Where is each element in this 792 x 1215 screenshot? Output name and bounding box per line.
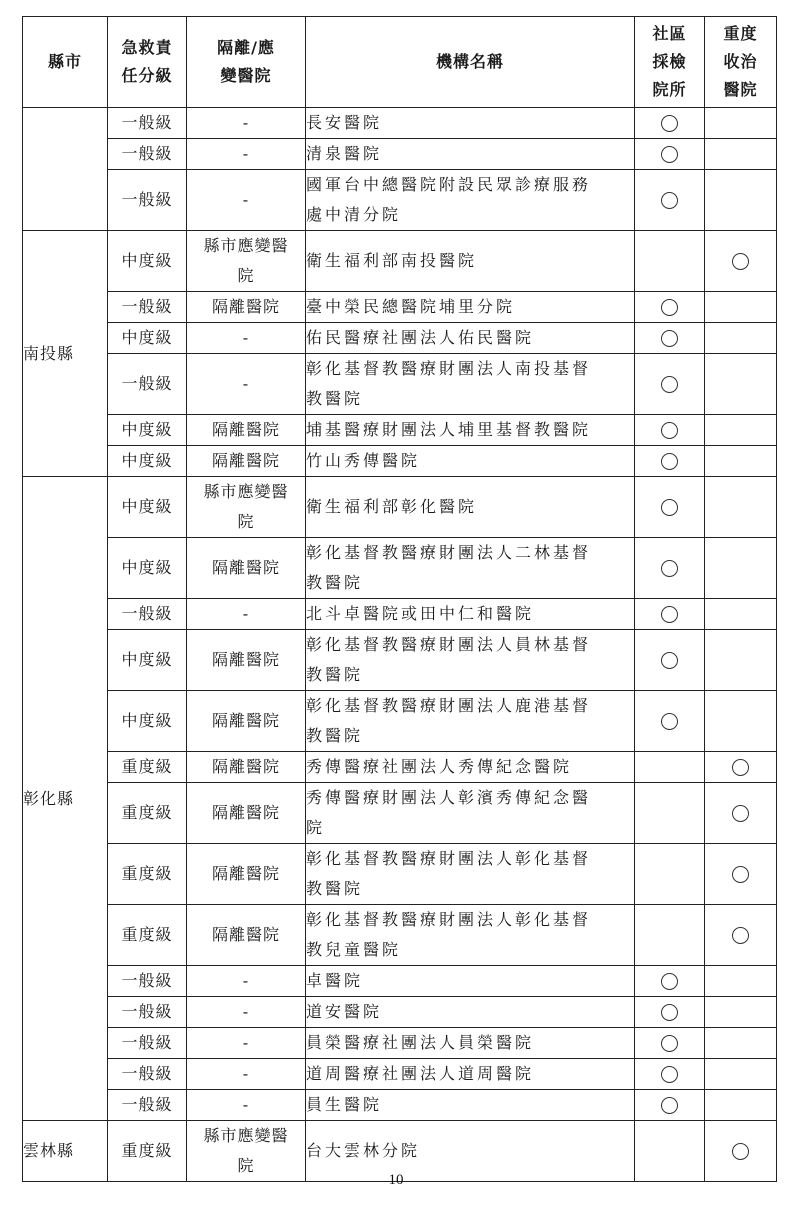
table-row: 中度級隔離醫院埔基醫療財團法人埔里基督教醫院 xyxy=(23,415,777,446)
header-severe: 重度收治醫院 xyxy=(705,17,777,108)
cell-community xyxy=(635,599,705,630)
cell-isolation: - xyxy=(187,1059,306,1090)
cell-severe xyxy=(705,783,777,844)
table-row: 一般級-道安醫院 xyxy=(23,997,777,1028)
cell-isolation: - xyxy=(187,966,306,997)
page-number: 10 xyxy=(0,1172,792,1189)
cell-level: 中度級 xyxy=(108,415,187,446)
cell-community xyxy=(635,905,705,966)
cell-severe xyxy=(705,477,777,538)
cell-isolation: 縣市應變醫院 xyxy=(187,231,306,292)
cell-community xyxy=(635,783,705,844)
circle-mark-icon xyxy=(732,759,749,776)
circle-mark-icon xyxy=(661,146,678,163)
table-row: 一般級-北斗卓醫院或田中仁和醫院 xyxy=(23,599,777,630)
circle-mark-icon xyxy=(732,866,749,883)
cell-community xyxy=(635,844,705,905)
table-row: 中度級隔離醫院彰化基督教醫療財團法人二林基督教醫院 xyxy=(23,538,777,599)
cell-community xyxy=(635,1090,705,1121)
cell-isolation: 隔離醫院 xyxy=(187,783,306,844)
cell-isolation: - xyxy=(187,354,306,415)
cell-level: 一般級 xyxy=(108,354,187,415)
table-row: 一般級-卓醫院 xyxy=(23,966,777,997)
cell-name: 衛生福利部南投醫院 xyxy=(306,231,635,292)
cell-isolation: - xyxy=(187,139,306,170)
circle-mark-icon xyxy=(661,560,678,577)
cell-level: 重度級 xyxy=(108,844,187,905)
table-row: 重度級隔離醫院秀傳醫療財團法人彰濱秀傳紀念醫院 xyxy=(23,783,777,844)
table-row: 重度級隔離醫院彰化基督教醫療財團法人彰化基督教醫院 xyxy=(23,844,777,905)
cell-name: 埔基醫療財團法人埔里基督教醫院 xyxy=(306,415,635,446)
cell-isolation: - xyxy=(187,323,306,354)
circle-mark-icon xyxy=(661,499,678,516)
cell-name: 彰化基督教醫療財團法人二林基督教醫院 xyxy=(306,538,635,599)
cell-isolation: 隔離醫院 xyxy=(187,538,306,599)
circle-mark-icon xyxy=(661,1097,678,1114)
circle-mark-icon xyxy=(661,115,678,132)
cell-name: 卓醫院 xyxy=(306,966,635,997)
cell-name: 竹山秀傳醫院 xyxy=(306,446,635,477)
cell-severe xyxy=(705,231,777,292)
circle-mark-icon xyxy=(661,1004,678,1021)
circle-mark-icon xyxy=(661,652,678,669)
header-name: 機構名稱 xyxy=(306,17,635,108)
table-row: 一般級隔離醫院臺中榮民總醫院埔里分院 xyxy=(23,292,777,323)
circle-mark-icon xyxy=(661,330,678,347)
cell-level: 中度級 xyxy=(108,231,187,292)
table-row: 彰化縣中度級縣市應變醫院衛生福利部彰化醫院 xyxy=(23,477,777,538)
cell-severe xyxy=(705,292,777,323)
table-row: 中度級-佑民醫療社團法人佑民醫院 xyxy=(23,323,777,354)
cell-name: 員生醫院 xyxy=(306,1090,635,1121)
header-community: 社區採檢院所 xyxy=(635,17,705,108)
cell-community xyxy=(635,108,705,139)
cell-level: 一般級 xyxy=(108,997,187,1028)
table-row: 一般級-清泉醫院 xyxy=(23,139,777,170)
cell-isolation: - xyxy=(187,599,306,630)
cell-level: 重度級 xyxy=(108,783,187,844)
cell-level: 一般級 xyxy=(108,1059,187,1090)
cell-severe xyxy=(705,139,777,170)
cell-level: 一般級 xyxy=(108,1028,187,1059)
cell-severe xyxy=(705,1059,777,1090)
cell-name: 彰化基督教醫療財團法人彰化基督教醫院 xyxy=(306,844,635,905)
cell-level: 中度級 xyxy=(108,323,187,354)
cell-community xyxy=(635,630,705,691)
cell-level: 一般級 xyxy=(108,1090,187,1121)
cell-severe xyxy=(705,1028,777,1059)
cell-level: 一般級 xyxy=(108,966,187,997)
cell-isolation: 隔離醫院 xyxy=(187,292,306,323)
table-body: 一般級-長安醫院一般級-清泉醫院一般級-國軍台中總醫院附設民眾診療服務處中清分院… xyxy=(23,108,777,1182)
cell-community xyxy=(635,231,705,292)
table-row: 一般級-長安醫院 xyxy=(23,108,777,139)
header-county: 縣市 xyxy=(23,17,108,108)
cell-level: 中度級 xyxy=(108,477,187,538)
cell-isolation: - xyxy=(187,1090,306,1121)
cell-community xyxy=(635,1059,705,1090)
circle-mark-icon xyxy=(661,713,678,730)
cell-level: 中度級 xyxy=(108,446,187,477)
cell-isolation: - xyxy=(187,108,306,139)
circle-mark-icon xyxy=(661,453,678,470)
table-row: 重度級隔離醫院彰化基督教醫療財團法人彰化基督教兒童醫院 xyxy=(23,905,777,966)
cell-community xyxy=(635,1028,705,1059)
cell-name: 彰化基督教醫療財團法人彰化基督教兒童醫院 xyxy=(306,905,635,966)
circle-mark-icon xyxy=(661,376,678,393)
cell-severe xyxy=(705,966,777,997)
cell-name: 長安醫院 xyxy=(306,108,635,139)
cell-name: 秀傳醫療社團法人秀傳紀念醫院 xyxy=(306,752,635,783)
circle-mark-icon xyxy=(661,1035,678,1052)
circle-mark-icon xyxy=(661,606,678,623)
cell-isolation: 隔離醫院 xyxy=(187,446,306,477)
cell-community xyxy=(635,997,705,1028)
header-isolation: 隔離/應變醫院 xyxy=(187,17,306,108)
circle-mark-icon xyxy=(661,1066,678,1083)
cell-community xyxy=(635,415,705,446)
table-row: 一般級-員榮醫療社團法人員榮醫院 xyxy=(23,1028,777,1059)
cell-isolation: 隔離醫院 xyxy=(187,415,306,446)
cell-name: 秀傳醫療財團法人彰濱秀傳紀念醫院 xyxy=(306,783,635,844)
table-row: 中度級隔離醫院彰化基督教醫療財團法人鹿港基督教醫院 xyxy=(23,691,777,752)
cell-severe xyxy=(705,599,777,630)
cell-community xyxy=(635,752,705,783)
cell-isolation: 隔離醫院 xyxy=(187,691,306,752)
circle-mark-icon xyxy=(661,973,678,990)
cell-isolation: - xyxy=(187,997,306,1028)
cell-isolation: - xyxy=(187,170,306,231)
table-row: 一般級-員生醫院 xyxy=(23,1090,777,1121)
cell-severe xyxy=(705,354,777,415)
cell-severe xyxy=(705,1090,777,1121)
cell-name: 衛生福利部彰化醫院 xyxy=(306,477,635,538)
cell-severe xyxy=(705,108,777,139)
header-level: 急救責任分級 xyxy=(108,17,187,108)
cell-community xyxy=(635,966,705,997)
cell-severe xyxy=(705,446,777,477)
cell-name: 國軍台中總醫院附設民眾診療服務處中清分院 xyxy=(306,170,635,231)
circle-mark-icon xyxy=(661,299,678,316)
cell-severe xyxy=(705,997,777,1028)
cell-isolation: 隔離醫院 xyxy=(187,752,306,783)
cell-severe xyxy=(705,691,777,752)
table-row: 重度級隔離醫院秀傳醫療社團法人秀傳紀念醫院 xyxy=(23,752,777,783)
cell-name: 道周醫療社團法人道周醫院 xyxy=(306,1059,635,1090)
cell-level: 一般級 xyxy=(108,599,187,630)
circle-mark-icon xyxy=(661,422,678,439)
cell-county: 彰化縣 xyxy=(23,477,108,1121)
cell-level: 重度級 xyxy=(108,752,187,783)
cell-county xyxy=(23,108,108,231)
circle-mark-icon xyxy=(732,805,749,822)
cell-level: 中度級 xyxy=(108,691,187,752)
cell-community xyxy=(635,354,705,415)
cell-community xyxy=(635,139,705,170)
table-row: 一般級-道周醫療社團法人道周醫院 xyxy=(23,1059,777,1090)
cell-name: 員榮醫療社團法人員榮醫院 xyxy=(306,1028,635,1059)
circle-mark-icon xyxy=(732,253,749,270)
cell-severe xyxy=(705,323,777,354)
cell-community xyxy=(635,446,705,477)
cell-isolation: 隔離醫院 xyxy=(187,630,306,691)
table-row: 一般級-國軍台中總醫院附設民眾診療服務處中清分院 xyxy=(23,170,777,231)
cell-community xyxy=(635,691,705,752)
cell-level: 中度級 xyxy=(108,538,187,599)
cell-severe xyxy=(705,538,777,599)
cell-name: 道安醫院 xyxy=(306,997,635,1028)
cell-level: 一般級 xyxy=(108,170,187,231)
hospital-table: 縣市 急救責任分級 隔離/應變醫院 機構名稱 社區採檢院所 重度收治醫院 一般級… xyxy=(22,16,777,1182)
cell-level: 中度級 xyxy=(108,630,187,691)
header-row: 縣市 急救責任分級 隔離/應變醫院 機構名稱 社區採檢院所 重度收治醫院 xyxy=(23,17,777,108)
cell-name: 彰化基督教醫療財團法人南投基督教醫院 xyxy=(306,354,635,415)
cell-level: 一般級 xyxy=(108,292,187,323)
cell-severe xyxy=(705,905,777,966)
cell-community xyxy=(635,477,705,538)
cell-isolation: 隔離醫院 xyxy=(187,905,306,966)
circle-mark-icon xyxy=(661,192,678,209)
table-row: 中度級隔離醫院竹山秀傳醫院 xyxy=(23,446,777,477)
table-row: 中度級隔離醫院彰化基督教醫療財團法人員林基督教醫院 xyxy=(23,630,777,691)
cell-community xyxy=(635,292,705,323)
cell-name: 彰化基督教醫療財團法人鹿港基督教醫院 xyxy=(306,691,635,752)
cell-level: 重度級 xyxy=(108,905,187,966)
cell-severe xyxy=(705,630,777,691)
cell-severe xyxy=(705,170,777,231)
cell-name: 清泉醫院 xyxy=(306,139,635,170)
cell-name: 彰化基督教醫療財團法人員林基督教醫院 xyxy=(306,630,635,691)
cell-level: 一般級 xyxy=(108,108,187,139)
cell-isolation: 隔離醫院 xyxy=(187,844,306,905)
cell-community xyxy=(635,170,705,231)
circle-mark-icon xyxy=(732,1143,749,1160)
table-row: 南投縣中度級縣市應變醫院衛生福利部南投醫院 xyxy=(23,231,777,292)
cell-county: 南投縣 xyxy=(23,231,108,477)
cell-level: 一般級 xyxy=(108,139,187,170)
cell-name: 臺中榮民總醫院埔里分院 xyxy=(306,292,635,323)
cell-community xyxy=(635,538,705,599)
table-row: 一般級-彰化基督教醫療財團法人南投基督教醫院 xyxy=(23,354,777,415)
cell-name: 北斗卓醫院或田中仁和醫院 xyxy=(306,599,635,630)
cell-isolation: - xyxy=(187,1028,306,1059)
cell-community xyxy=(635,323,705,354)
cell-severe xyxy=(705,752,777,783)
cell-name: 佑民醫療社團法人佑民醫院 xyxy=(306,323,635,354)
cell-isolation: 縣市應變醫院 xyxy=(187,477,306,538)
cell-severe xyxy=(705,415,777,446)
circle-mark-icon xyxy=(732,927,749,944)
cell-severe xyxy=(705,844,777,905)
